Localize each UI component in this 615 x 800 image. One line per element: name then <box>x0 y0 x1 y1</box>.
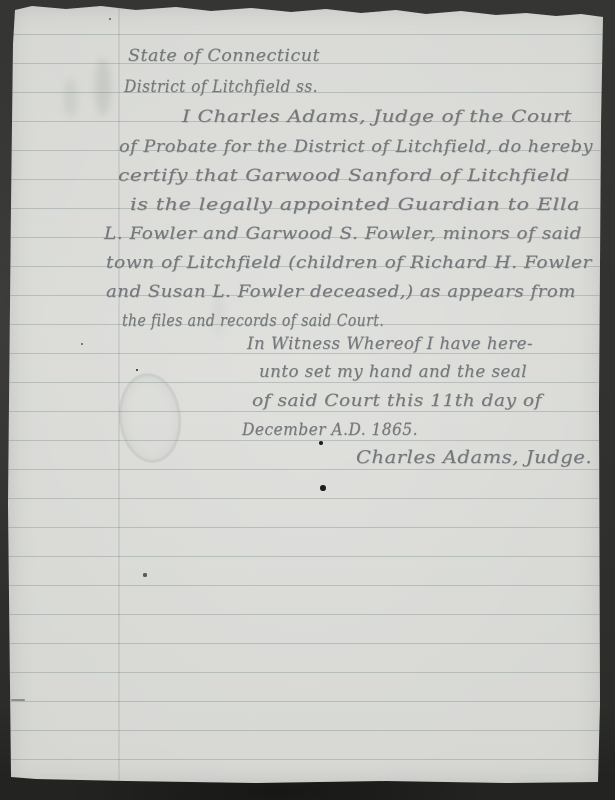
ink-dot <box>136 369 139 372</box>
paper-blemish <box>81 343 84 346</box>
ink-dot <box>320 485 325 490</box>
scanned-document: State of ConnecticutDistrict of Litchfie… <box>0 0 615 800</box>
ink-dot <box>319 441 324 446</box>
paper-blemish <box>109 18 111 20</box>
paper-blemish <box>11 699 25 701</box>
ink-marks-layer <box>0 0 615 800</box>
paper-blemish <box>143 573 146 576</box>
